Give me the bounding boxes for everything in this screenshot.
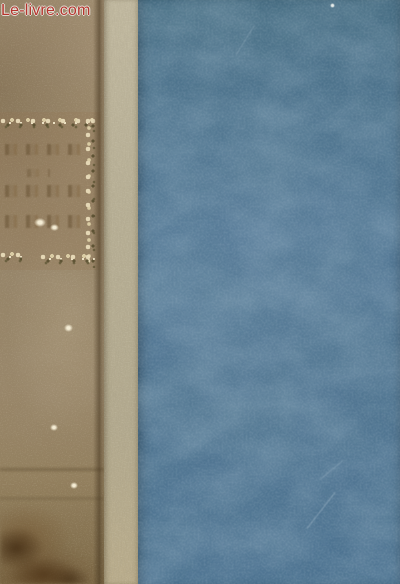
faded-title-row [2,144,80,155]
cloth-hinge-strip [104,0,138,584]
book-spine [0,0,104,584]
book-cover-photo: Le-livre.com [0,0,400,584]
front-cover-board [138,0,400,584]
spine-horizontal-crease [0,468,104,471]
wear-glint [64,324,73,332]
wear-glint [34,218,46,227]
spine-label-remnant [0,112,101,270]
cover-speck [330,3,335,8]
faded-title-row [24,169,50,177]
ornament-band-bottom-left [0,250,22,263]
faded-title-row [2,185,82,197]
watermark-text: Le-livre.com [1,1,91,20]
ornament-band-bottom-right [40,252,96,265]
hinge-cloth-texture [104,0,138,584]
spine-bottom-stains [0,480,106,584]
ornament-band-top [0,116,96,129]
wear-glint [50,224,59,231]
cover-paper-texture [138,0,400,584]
wear-glint [50,424,58,431]
